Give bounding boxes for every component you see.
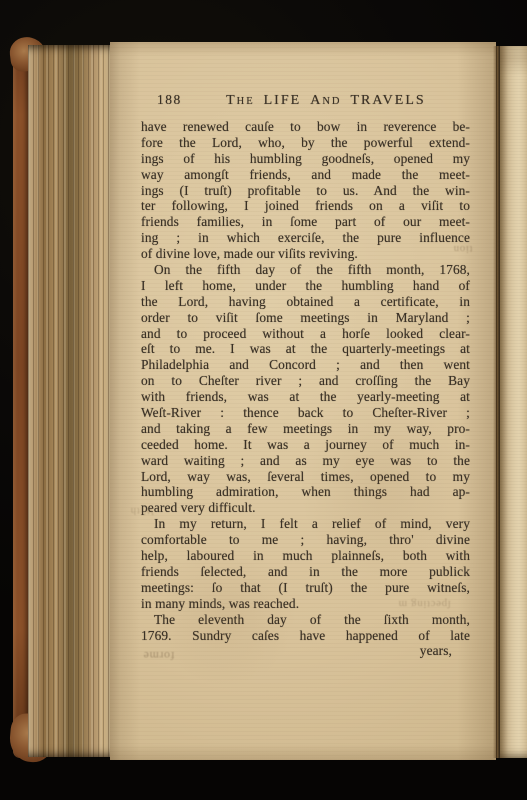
running-title-part: A [310, 93, 322, 108]
text-line: peared very difficult. [141, 500, 470, 516]
text-line: On the fifth day of the fifth month, 176… [141, 262, 470, 278]
text-line: Lord, way was, ſeveral times, opened to … [141, 469, 470, 485]
text-line: I left home, under the humbling hand of [141, 278, 470, 294]
text-line: on to Cheſter river ; and croſſing the B… [141, 373, 470, 389]
text-line: and taking a few meetings in my way, pro… [141, 421, 470, 437]
text-line: ings of his humbling goodneſs, opened my [141, 151, 470, 167]
text-line: fore the Lord, who, by the powerful exte… [141, 135, 470, 151]
adjacent-page-edge [500, 46, 527, 758]
running-title-part: T [226, 93, 237, 108]
text-line: 1769. Sundry caſes have happened of late [141, 628, 470, 644]
text-line: ter following, I joined friends on a viſ… [141, 198, 470, 214]
text-line: In my return, I felt a relief of mind, v… [141, 516, 470, 532]
bleedthrough-text: With [130, 505, 154, 517]
text-line: ceeded home. It was a journey of much in… [141, 437, 470, 453]
text-line: ward waiting ; and as my eye was to the [141, 453, 470, 469]
page-content: 188 THELIFEANDTRAVELS have renewed cauſe… [110, 42, 496, 760]
text-line: friends ſelected, and in the more public… [141, 564, 470, 580]
bleedthrough-text: tion [453, 243, 473, 255]
text-line: meetings: ſo that (I truſt) the pure wit… [141, 580, 470, 596]
text-line: of divine love, made our viſits reviving… [141, 246, 470, 262]
page-text: have renewed cauſe to bow in reverence b… [141, 119, 470, 659]
text-line: ing ; in which exerciſe, the pure influe… [141, 230, 470, 246]
page-number: 188 [157, 92, 182, 108]
page-header: 188 THELIFEANDTRAVELS [110, 91, 496, 109]
text-line: comfortable to me ; having, thro' divine [141, 532, 470, 548]
text-line: Weſt-River : thence back to Cheſter-Rive… [141, 405, 470, 421]
text-line: and to proceed without a horſe looked cl… [141, 326, 470, 342]
text-line: with friends, was at the yearly-meeting … [141, 389, 470, 405]
bleedthrough-text: forme [143, 648, 175, 663]
text-line: way amongſt friends, and made the meet- [141, 167, 470, 183]
text-line: order to viſit ſome meetings in Maryland… [141, 310, 470, 326]
bleedthrough-text: ſpecting m [398, 598, 451, 610]
book: 188 THELIFEANDTRAVELS have renewed cauſe… [0, 0, 527, 800]
text-line: have renewed cauſe to bow in reverence b… [141, 119, 470, 135]
text-line: Philadelphia and Concord ; and then went [141, 357, 470, 373]
text-line: the Lord, having obtained a certificate,… [141, 294, 470, 310]
running-title: THELIFEANDTRAVELS [182, 91, 470, 109]
page-stack-edge [28, 45, 110, 757]
running-title-part: TRAVELS [350, 93, 425, 108]
book-page: 188 THELIFEANDTRAVELS have renewed cauſe… [110, 42, 496, 760]
text-line: The eleventh day of the ſixth month, [141, 612, 470, 628]
text-line: friends families, in ſome part of our me… [141, 214, 470, 230]
page-crease [493, 46, 500, 758]
running-title-part: HE [237, 96, 255, 107]
text-line: ings (I truſt) profitable to us. And the… [141, 183, 470, 199]
catchword: years, [141, 643, 470, 659]
text-line: help, laboured in much plainneſs, both w… [141, 548, 470, 564]
scanned-book-photo: 188 THELIFEANDTRAVELS have renewed cauſe… [0, 0, 527, 800]
text-line: eſt to me. I was at the quarterly-meetin… [141, 341, 470, 357]
running-title-part: LIFE [264, 93, 302, 108]
text-line: humbling admiration, when things had ap- [141, 484, 470, 500]
running-title-part: ND [322, 96, 341, 107]
book-spine-edge [13, 44, 29, 758]
